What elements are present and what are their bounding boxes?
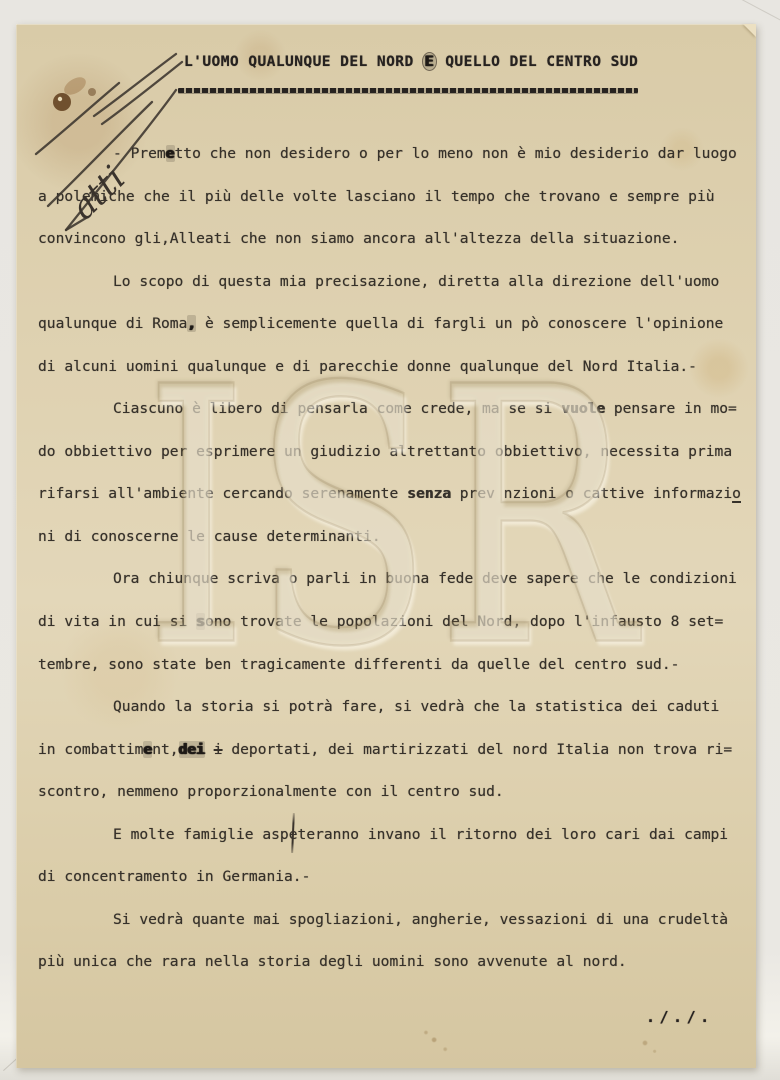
text-segment: Quando la storia si potrà fare, si vedrà… — [113, 698, 719, 715]
text-segment — [205, 741, 214, 758]
text-line: Quando la storia si potrà fare, si vedrà… — [38, 698, 754, 741]
pen-insertion-mark: e — [289, 826, 298, 843]
text-segment: Si vedrà quante mai spogliazioni, angher… — [113, 911, 728, 928]
scan-background: { "colors": { "background": "#e9e7e2", "… — [0, 0, 780, 1080]
text-segment: scontro, nemmeno proporzionalmente con i… — [38, 783, 504, 800]
text-segment: E molte famiglie asp — [113, 826, 289, 843]
pen-stroke — [36, 83, 119, 154]
text-segment: di vita in cui si — [38, 613, 196, 630]
text-segment: in combattim — [38, 741, 143, 758]
text-line: ni di conoscerne le cause determinanti. — [38, 528, 754, 571]
handwritten-annotation: atti — [24, 36, 234, 286]
text-segment: di alcuni uomini qualunque e di parecchi… — [38, 358, 697, 375]
pen-stroke — [102, 62, 182, 124]
text-line: più unica che rara nella storia degli uo… — [38, 953, 754, 996]
text-line: di vita in cui si sono trovate le popola… — [38, 613, 754, 656]
text-segment: pensare in mo= — [605, 400, 737, 417]
text-segment: deportati, dei martirizzati del nord Ita… — [223, 741, 733, 758]
text-segment: senza — [407, 485, 451, 502]
text-segment: teranno invano il ritorno dei loro cari … — [298, 826, 729, 843]
text-line: rifarsi all'ambiente cercando serenament… — [38, 485, 754, 528]
text-line: in combattiment,dei i deportati, dei mar… — [38, 741, 754, 784]
text-segment: dei — [179, 741, 205, 758]
text-segment: s — [196, 613, 205, 630]
text-segment: do obbiettivo per esprimere un giudizio … — [38, 443, 732, 460]
text-segment: ono trovate le popolazioni del Nord, dop… — [205, 613, 723, 630]
title-underline — [178, 88, 638, 93]
text-line: Ora chiunque scriva o parli in buona fed… — [38, 570, 754, 613]
text-segment: qualunque di Roma — [38, 315, 187, 332]
text-segment: tembre, sono state ben tragicamente diff… — [38, 656, 679, 673]
text-line: scontro, nemmeno proporzionalmente con i… — [38, 783, 754, 826]
text-segment: ni di conoscerne le cause determinanti. — [38, 528, 381, 545]
text-line: Ciascuno è libero di pensarla come crede… — [38, 400, 754, 443]
text-segment: vuole — [561, 400, 605, 417]
text-segment: o — [732, 485, 741, 502]
overstruck-letter: E — [422, 52, 437, 71]
text-segment: , — [187, 315, 196, 332]
document-title: L'UOMO QUALUNQUE DEL NORD E QUELLO DEL C… — [184, 53, 638, 70]
text-line: Si vedrà quante mai spogliazioni, angher… — [38, 911, 754, 954]
text-segment: QUELLO DEL CENTRO SUD — [436, 53, 638, 70]
text-segment: prev nzioni o cattive informazi — [451, 485, 732, 502]
text-line: E molte famiglie aspeteranno invano il r… — [38, 826, 754, 869]
text-segment: tto che non desidero o per lo meno non è… — [175, 145, 737, 162]
text-segment: e — [143, 741, 152, 758]
text-segment: è semplicemente quella di fargli un pò c… — [196, 315, 723, 332]
text-segment: Ora chiunque scriva o parli in buona fed… — [113, 570, 737, 587]
ink-blot — [53, 93, 71, 111]
text-segment: Ciascuno è libero di pensarla come crede… — [113, 400, 561, 417]
text-line: qualunque di Roma, è semplicemente quell… — [38, 315, 754, 358]
text-segment: i — [214, 741, 223, 758]
document-page: L'UOMO QUALUNQUE DEL NORD E QUELLO DEL C… — [16, 24, 756, 1068]
continuation-mark: ././. — [646, 1008, 714, 1026]
text-segment: nt, — [152, 741, 178, 758]
handwritten-word: atti — [64, 158, 134, 227]
text-segment: più unica che rara nella storia degli uo… — [38, 953, 627, 970]
text-line: di concentramento in Germania.- — [38, 868, 754, 911]
text-segment: di concentramento in Germania.- — [38, 868, 310, 885]
text-line: tembre, sono state ben tragicamente diff… — [38, 656, 754, 699]
text-segment: rifarsi all'ambiente cercando serenament… — [38, 485, 407, 502]
text-line: di alcuni uomini qualunque e di parecchi… — [38, 358, 754, 401]
text-line: do obbiettivo per esprimere un giudizio … — [38, 443, 754, 486]
